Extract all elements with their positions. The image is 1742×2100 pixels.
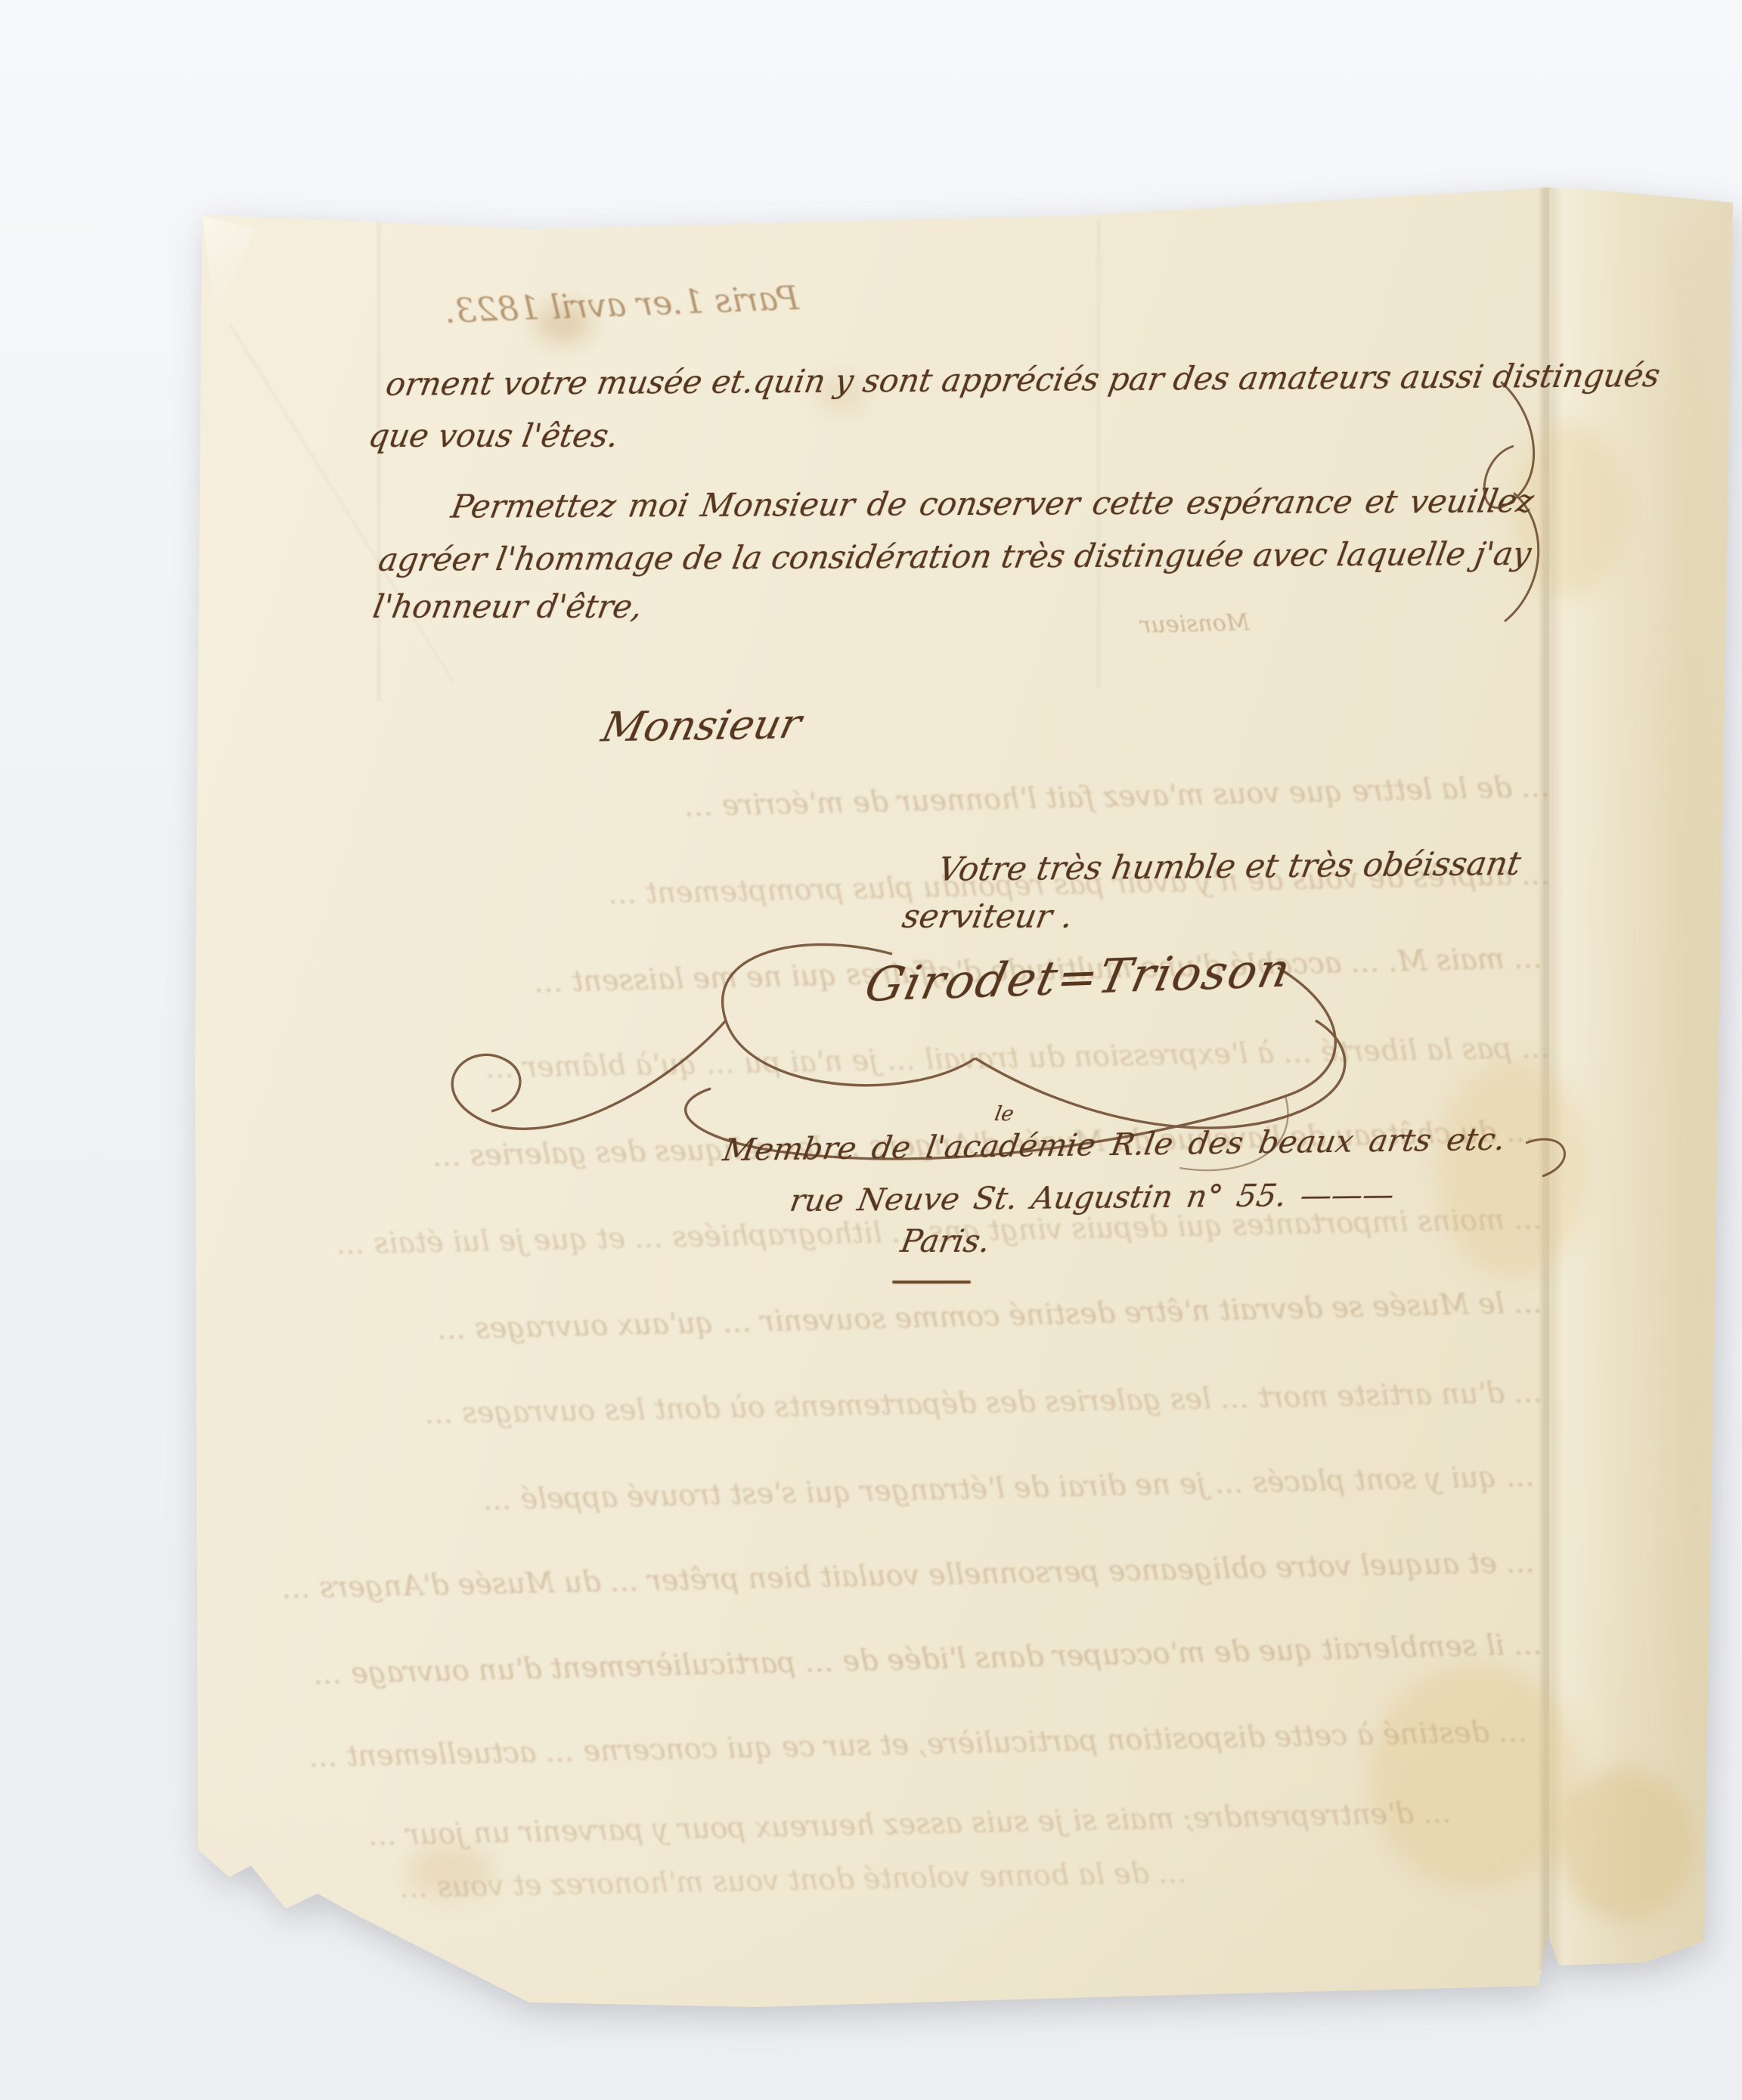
salutation: Monsieur [597,700,806,751]
paris-underline [892,1281,971,1284]
crease-line [1095,219,1102,688]
showthrough-line: … et auquel votre obligeance personnelle… [250,1545,1536,1606]
body-line-3: Permettez moi Monsieur de conserver cett… [448,482,1536,525]
showthrough-line: … d'un artiste mort … les galeries des d… [242,1375,1543,1433]
stain [1437,1058,1588,1278]
top-left-corner-crease [197,212,318,340]
signature-article: le [993,1102,1015,1126]
body-line-2: que vous l'êtes. [366,417,621,454]
letter-sheet-wrap: … de la lettre que vous m'avez fait l'ho… [0,0,1742,2100]
signature: Girodet=Trioson [860,942,1297,1011]
stain [1558,1769,1694,1920]
body-line-5: l'honneur d'être, [370,588,646,625]
body-line-4: agréer l'hommage de la considération trè… [376,535,1534,578]
letter-sheet: … de la lettre que vous m'avez fait l'ho… [0,0,1742,2100]
credentials-line-3: Paris. [898,1223,993,1259]
credentials-line-1: Membre de l'académie R.le des beaux arts… [721,1121,1508,1168]
credentials-line-2: rue Neuve St. Augustin n° 55. ——— [787,1176,1396,1219]
showthrough-line: … pas la liberté … à l'expression du tra… [250,1030,1551,1089]
date-line-showthrough: Paris 1.er avril 1823. [444,279,799,331]
showthrough-line: … de la lettre que vous m'avez fait l'ho… [242,770,1551,832]
stain [1663,227,1716,1814]
showthrough-line: … d'entreprendre; mais si je suis assez … [272,1796,1452,1854]
showthrough-monsieur: Monsieur [1140,609,1250,639]
valediction-line-1: Votre très humble et très obéissant [935,845,1523,889]
photo-backdrop: … de la lettre que vous m'avez fait l'ho… [0,0,1742,2100]
body-line-1: ornent votre musée et.quin y sont appréc… [383,357,1663,403]
showthrough-line: … destiné à cette disposition particuliè… [242,1714,1528,1775]
valediction-line-2: serviteur . [900,898,1076,936]
showthrough-line: … il semblerait que de m'occuper dans l'… [227,1628,1543,1693]
crease-line [375,218,383,702]
stain [1368,1663,1580,1890]
showthrough-line: … le Musée se devrait n'être destiné com… [227,1286,1543,1351]
showthrough-line: … qui y sont placés … je ne dirai de l'é… [227,1459,1536,1522]
